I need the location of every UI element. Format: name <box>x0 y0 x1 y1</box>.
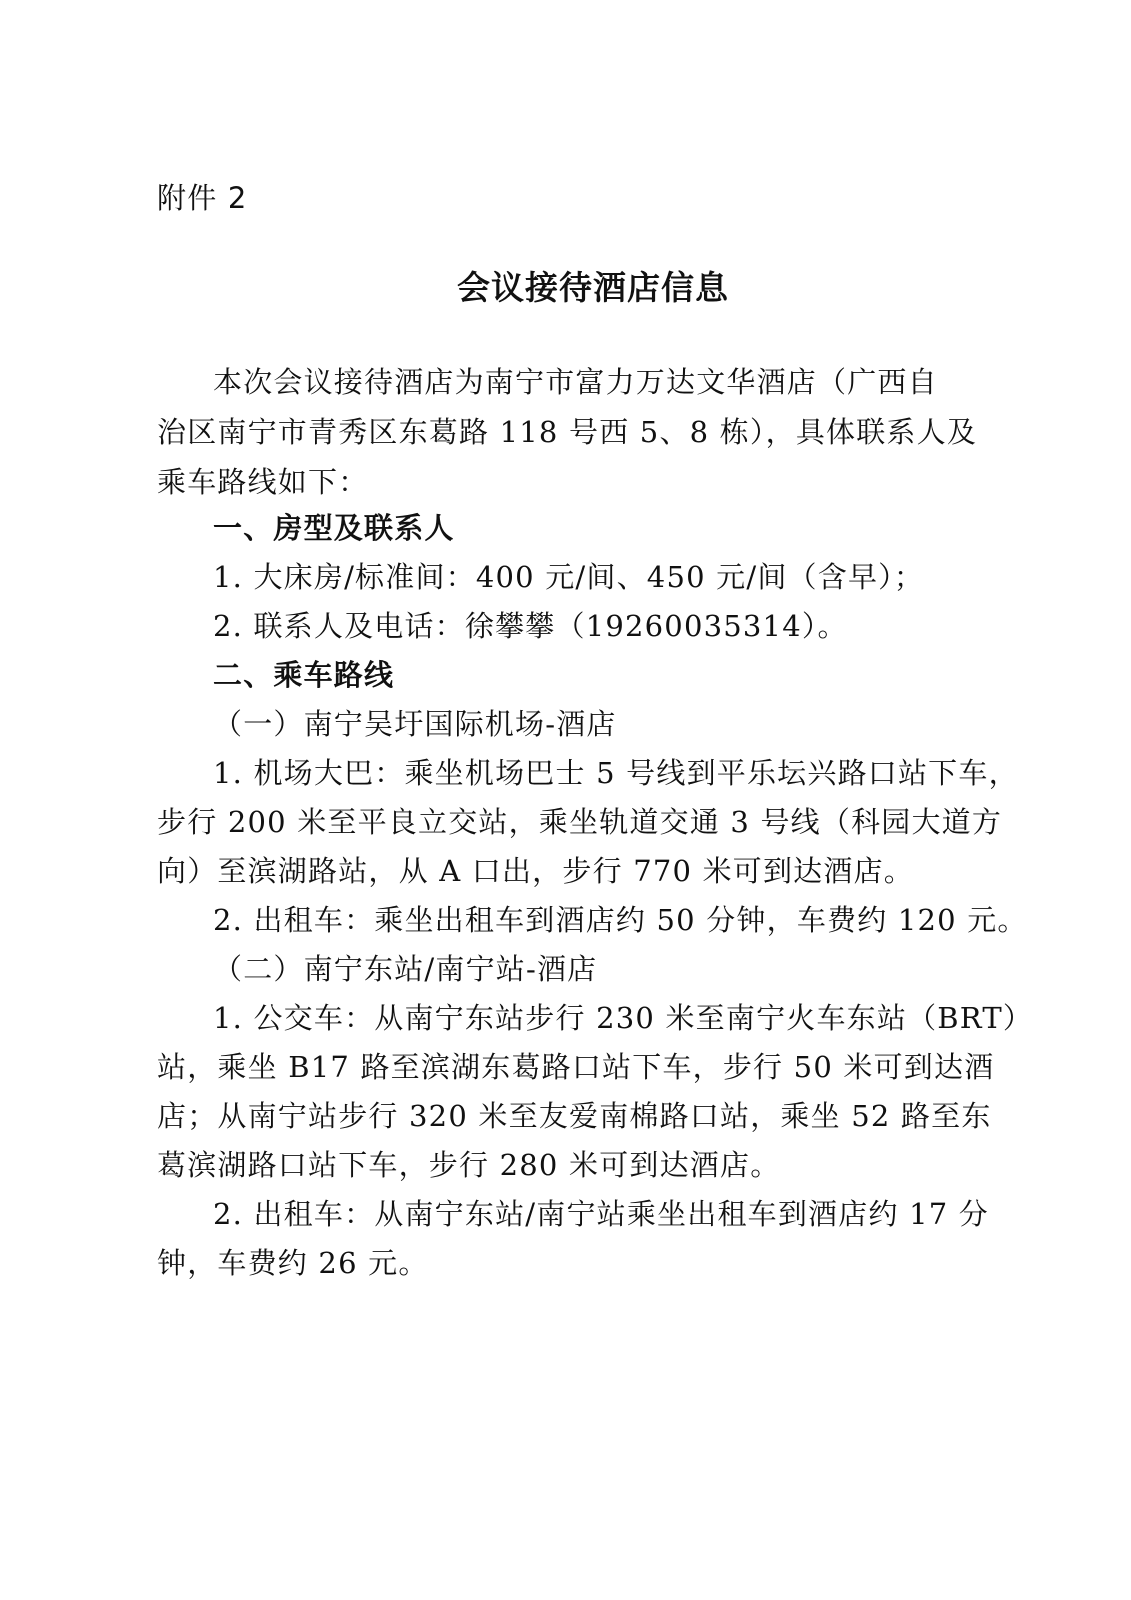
intro-line-3: 乘车路线如下： <box>157 462 368 502</box>
station-bus-line-3: 店；从南宁站步行 320 米至友爱南棉路口站，乘坐 52 路至东 <box>157 1096 955 1136</box>
airport-bus-line-3: 向）至滨湖路站，从 A 口出，步行 770 米可到达酒店。 <box>157 851 914 891</box>
station-taxi-line-2: 钟，车费约 26 元。 <box>157 1243 429 1283</box>
station-taxi-line-1: 2. 出租车：从南宁东站/南宁站乘坐出租车到酒店约 17 分 <box>213 1194 955 1234</box>
station-bus-line-2: 站，乘坐 B17 路至滨湖东葛路口站下车，步行 50 米可到达酒 <box>157 1047 955 1087</box>
section-heading-room: 一、房型及联系人 <box>213 508 455 548</box>
attachment-label: 附件 2 <box>157 178 247 218</box>
subsection-heading-airport: （一）南宁吴圩国际机场-酒店 <box>213 704 617 744</box>
contact-item: 2. 联系人及电话：徐攀攀（19260035314）。 <box>213 606 848 646</box>
airport-taxi-item: 2. 出租车：乘坐出租车到酒店约 50 分钟，车费约 120 元。 <box>213 900 1028 940</box>
intro-line-2: 治区南宁市青秀区东葛路 118 号西 5、8 栋），具体联系人及 <box>157 412 955 452</box>
page-title: 会议接待酒店信息 <box>0 268 1131 308</box>
intro-line-1: 本次会议接待酒店为南宁市富力万达文华酒店（广西自 <box>213 362 955 402</box>
airport-bus-line-2: 步行 200 米至平良立交站，乘坐轨道交通 3 号线（科园大道方 <box>157 802 955 842</box>
airport-bus-line-1: 1. 机场大巴：乘坐机场巴士 5 号线到平乐坛兴路口站下车， <box>213 753 955 793</box>
station-bus-line-4: 葛滨湖路口站下车，步行 280 米可到达酒店。 <box>157 1145 780 1185</box>
section-heading-routes: 二、乘车路线 <box>213 655 394 695</box>
station-bus-line-1: 1. 公交车：从南宁东站步行 230 米至南宁火车东站（BRT） <box>213 998 955 1038</box>
room-price-item: 1. 大床房/标准间：400 元/间、450 元/间（含早）； <box>213 557 924 597</box>
subsection-heading-station: （二）南宁东站/南宁站-酒店 <box>213 949 597 989</box>
